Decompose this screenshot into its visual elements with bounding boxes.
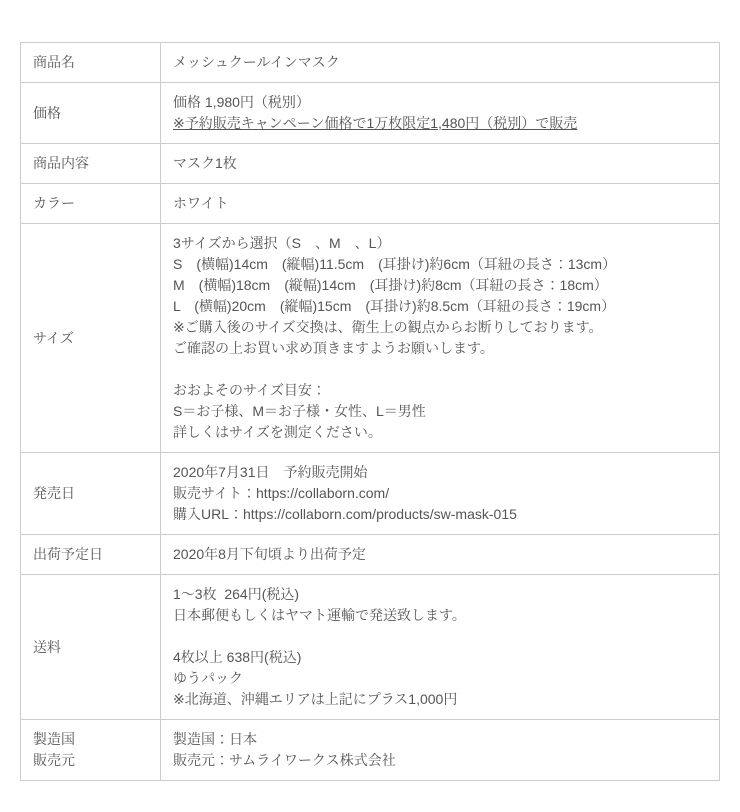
spec-row: 送料1〜3枚 264円(税込)日本郵便もしくはヤマト運輸で発送致します。4枚以上… xyxy=(21,575,720,720)
spec-row: 出荷予定日2020年8月下旬頃より出荷予定 xyxy=(21,535,720,575)
spec-row: サイズ3サイズから選択（S 、M 、L）S (横幅)14cm (縦幅)11.5c… xyxy=(21,224,720,453)
value-line: 価格 1,980円（税別） xyxy=(173,92,707,113)
value-line xyxy=(173,359,707,380)
value-line: 詳しくはサイズを測定ください。 xyxy=(173,422,707,443)
value-line: メッシュクールインマスク xyxy=(173,52,707,73)
value-line: ご確認の上お買い求め頂きますようお願いします。 xyxy=(173,338,707,359)
label-line: 発売日 xyxy=(33,483,148,504)
value-line: M (横幅)18cm (縦幅)14cm (耳掛け)約8cm（耳紐の長さ：18cm… xyxy=(173,275,707,296)
label-line: 商品名 xyxy=(33,52,148,73)
value-line: 4枚以上 638円(税込) xyxy=(173,647,707,668)
label-line: 価格 xyxy=(33,103,148,124)
label-line: 商品内容 xyxy=(33,153,148,174)
spec-row-value: ホワイト xyxy=(161,184,720,224)
value-line: 3サイズから選択（S 、M 、L） xyxy=(173,233,707,254)
spec-row-value: 2020年7月31日 予約販売開始販売サイト：https://collaborn… xyxy=(161,453,720,535)
label-line: サイズ xyxy=(33,328,148,349)
value-line: 販売元：サムライワークス株式会社 xyxy=(173,750,707,771)
value-line: マスク1枚 xyxy=(173,153,707,174)
value-line: 2020年7月31日 予約販売開始 xyxy=(173,462,707,483)
value-line: おおよそのサイズ目安： xyxy=(173,380,707,401)
spec-row-label: 商品名 xyxy=(21,43,161,83)
label-line: 送料 xyxy=(33,637,148,658)
value-line: ※ご購入後のサイズ交換は、衛生上の観点からお断りしております。 xyxy=(173,317,707,338)
spec-row-value: マスク1枚 xyxy=(161,144,720,184)
value-line: 2020年8月下旬頃より出荷予定 xyxy=(173,544,707,565)
value-line: ホワイト xyxy=(173,193,707,214)
spec-row-label: 送料 xyxy=(21,575,161,720)
value-line: S＝お子様、M＝お子様・女性、L＝男性 xyxy=(173,401,707,422)
product-spec-table-body: 商品名メッシュクールインマスク価格価格 1,980円（税別）※予約販売キャンペー… xyxy=(21,43,720,781)
spec-row: 製造国販売元製造国：日本販売元：サムライワークス株式会社 xyxy=(21,720,720,781)
value-line: 日本郵便もしくはヤマト運輸で発送致します。 xyxy=(173,605,707,626)
spec-row-label: カラー xyxy=(21,184,161,224)
spec-row-value: 製造国：日本販売元：サムライワークス株式会社 xyxy=(161,720,720,781)
value-line xyxy=(173,626,707,647)
spec-row-label: 発売日 xyxy=(21,453,161,535)
label-line: 販売元 xyxy=(33,750,148,771)
value-line: L (横幅)20cm (縦幅)15cm (耳掛け)約8.5cm（耳紐の長さ：19… xyxy=(173,296,707,317)
spec-row: 価格価格 1,980円（税別）※予約販売キャンペーン価格で1万枚限定1,480円… xyxy=(21,83,720,144)
spec-row: 発売日2020年7月31日 予約販売開始販売サイト：https://collab… xyxy=(21,453,720,535)
value-line: ※予約販売キャンペーン価格で1万枚限定1,480円（税別）で販売 xyxy=(173,113,707,134)
label-line: 製造国 xyxy=(33,729,148,750)
value-line: ※北海道、沖縄エリアは上記にプラス1,000円 xyxy=(173,689,707,710)
label-line: カラー xyxy=(33,193,148,214)
spec-row-label: 製造国販売元 xyxy=(21,720,161,781)
value-line: S (横幅)14cm (縦幅)11.5cm (耳掛け)約6cm（耳紐の長さ：13… xyxy=(173,254,707,275)
spec-row-label: 価格 xyxy=(21,83,161,144)
spec-row-value: 1〜3枚 264円(税込)日本郵便もしくはヤマト運輸で発送致します。4枚以上 6… xyxy=(161,575,720,720)
product-spec-table: 商品名メッシュクールインマスク価格価格 1,980円（税別）※予約販売キャンペー… xyxy=(20,42,720,781)
spec-row: カラーホワイト xyxy=(21,184,720,224)
value-line: 購入URL：https://collaborn.com/products/sw-… xyxy=(173,504,707,525)
page: 商品名メッシュクールインマスク価格価格 1,980円（税別）※予約販売キャンペー… xyxy=(0,0,740,812)
value-line: 1〜3枚 264円(税込) xyxy=(173,584,707,605)
spec-row-value: 3サイズから選択（S 、M 、L）S (横幅)14cm (縦幅)11.5cm (… xyxy=(161,224,720,453)
spec-row-value: 2020年8月下旬頃より出荷予定 xyxy=(161,535,720,575)
value-line: 製造国：日本 xyxy=(173,729,707,750)
label-line: 出荷予定日 xyxy=(33,544,148,565)
spec-row: 商品名メッシュクールインマスク xyxy=(21,43,720,83)
value-line: 販売サイト：https://collaborn.com/ xyxy=(173,483,707,504)
value-line: ゆうパック xyxy=(173,668,707,689)
spec-row-value: メッシュクールインマスク xyxy=(161,43,720,83)
spec-row-label: 商品内容 xyxy=(21,144,161,184)
spec-row-label: サイズ xyxy=(21,224,161,453)
spec-row: 商品内容マスク1枚 xyxy=(21,144,720,184)
spec-row-label: 出荷予定日 xyxy=(21,535,161,575)
spec-row-value: 価格 1,980円（税別）※予約販売キャンペーン価格で1万枚限定1,480円（税… xyxy=(161,83,720,144)
